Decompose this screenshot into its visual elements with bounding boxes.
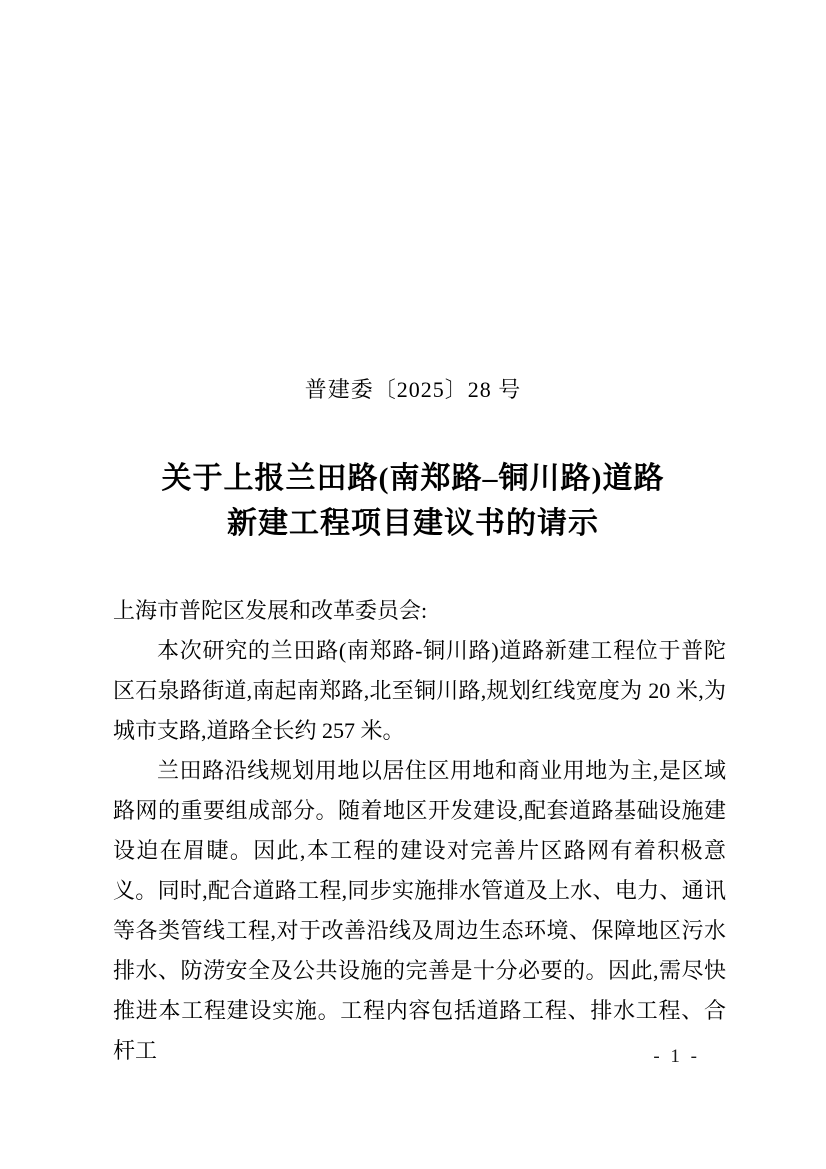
paragraph-1: 本次研究的兰田路(南郑路-铜川路)道路新建工程位于普陀区石泉路街道,南起南郑路,… (113, 631, 726, 751)
document-title: 关于上报兰田路(南郑路–铜川路)道路 新建工程项目建议书的请示 (0, 456, 826, 546)
document-number: 普建委〔2025〕28 号 (0, 376, 826, 404)
document-page: 普建委〔2025〕28 号 关于上报兰田路(南郑路–铜川路)道路 新建工程项目建… (0, 0, 826, 1169)
document-body: 上海市普陀区发展和改革委员会: 本次研究的兰田路(南郑路-铜川路)道路新建工程位… (113, 591, 726, 1071)
page-number: - 1 - (653, 1045, 700, 1069)
document-title-line-2: 新建工程项目建议书的请示 (0, 501, 826, 546)
salutation: 上海市普陀区发展和改革委员会: (113, 591, 726, 631)
paragraph-2: 兰田路沿线规划用地以居住区用地和商业用地为主,是区域路网的重要组成部分。随着地区… (113, 751, 726, 1071)
document-title-line-1: 关于上报兰田路(南郑路–铜川路)道路 (0, 456, 826, 501)
